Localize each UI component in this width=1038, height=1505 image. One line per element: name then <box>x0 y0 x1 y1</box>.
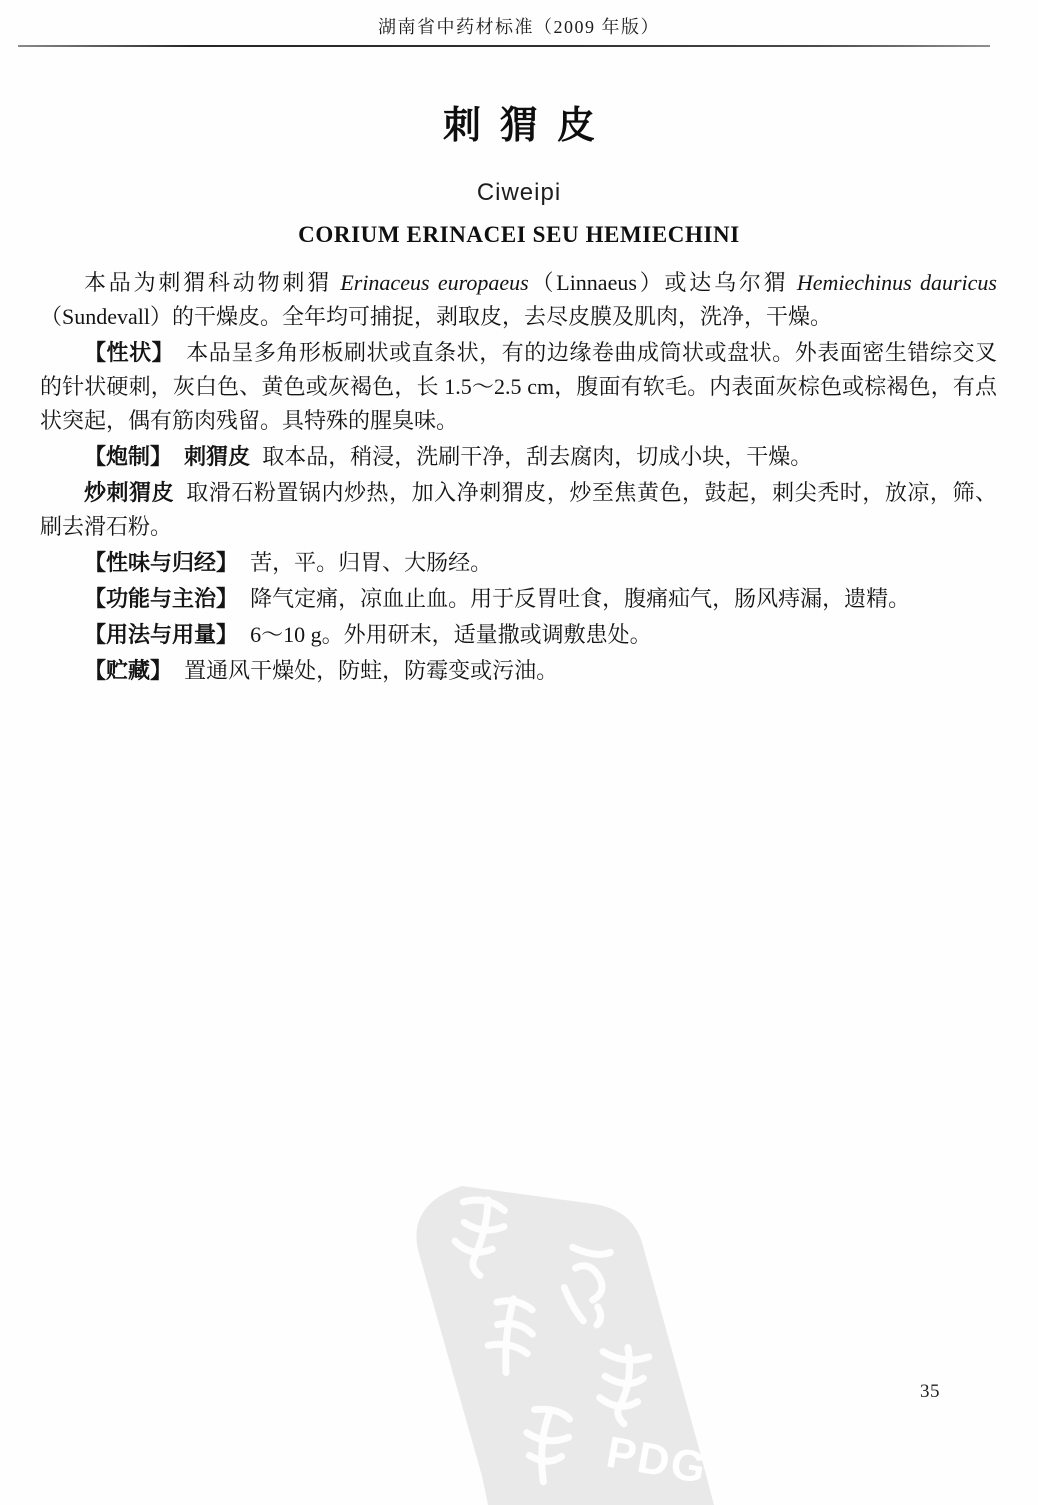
section-label: 【性状】 <box>84 340 174 365</box>
species-latin-name: Erinaceus europaeus <box>340 270 528 295</box>
seal-glyph <box>520 1407 573 1485</box>
section-text: 苦，平。归胃、大肠经。 <box>250 550 492 575</box>
document-page: 湖南省中药材标准（2009 年版） 刺猬皮 Ciweipi CORIUM ERI… <box>0 0 1038 1505</box>
section-label: 【贮藏】 <box>84 658 172 683</box>
section-paragraph-paozhi: 【炮制】刺猬皮取本品，稍浸，洗刷干净，刮去腐肉，切成小块，干燥。 <box>40 440 997 474</box>
running-header: 湖南省中药材标准（2009 年版） <box>0 13 1038 39</box>
section-paragraph-gongneng: 【功能与主治】降气定痛，凉血止血。用于反胃吐食，腹痛疝气，肠风痔漏，遗精。 <box>40 582 997 616</box>
page-number: 35 <box>920 1381 940 1403</box>
section-text: 取滑石粉置锅内炒热，加入净刺猬皮，炒至焦黄色，鼓起，刺尖秃时，放凉，筛、刷去滑石… <box>40 480 997 539</box>
latin-title: CORIUM ERINACEI SEU HEMIECHINI <box>0 222 1038 248</box>
section-label: 【性味与归经】 <box>84 550 238 575</box>
section-sublabel: 刺猬皮 <box>184 444 250 469</box>
pdg-label: PDG <box>603 1428 711 1494</box>
section-paragraph-xingwei: 【性味与归经】苦，平。归胃、大肠经。 <box>40 546 997 580</box>
section-paragraph-zhucang: 【贮藏】置通风干燥处，防蛀，防霉变或污油。 <box>40 654 997 688</box>
section-text: 置通风干燥处，防蛀，防霉变或污油。 <box>184 658 558 683</box>
section-paragraph-chaociweipi: 炒刺猬皮取滑石粉置锅内炒热，加入净刺猬皮，炒至焦黄色，鼓起，刺尖秃时，放凉，筛、… <box>40 476 997 544</box>
pdg-watermark: PDG <box>398 1170 743 1505</box>
intro-paragraph: 本品为刺猬科动物刺猬 Erinaceus europaeus（Linnaeus）… <box>40 266 997 334</box>
monograph-title: 刺猬皮 <box>0 94 1038 149</box>
intro-text: 本品为刺猬科动物刺猬 <box>84 270 340 295</box>
seal-glyph <box>592 1344 649 1426</box>
section-paragraph-xingzhuang: 【性状】本品呈多角形板刷状或直条状，有的边缘卷曲成筒状或盘状。外表面密生错综交叉… <box>40 336 997 438</box>
seal-glyph <box>450 1196 507 1278</box>
pinyin-title: Ciweipi <box>0 179 1038 207</box>
section-label: 【功能与主治】 <box>84 586 238 611</box>
section-text: 本品呈多角形板刷状或直条状，有的边缘卷曲成筒状或盘状。外表面密生错综交叉的针状硬… <box>40 340 997 433</box>
intro-text: （Linnaeus）或达乌尔猬 <box>529 270 797 295</box>
watermark-blob <box>416 1186 714 1505</box>
seal-glyph <box>559 1246 611 1325</box>
seal-glyph <box>484 1296 537 1376</box>
species-latin-name: Hemiechinus dauricus <box>797 270 997 295</box>
monograph-body: 本品为刺猬科动物刺猬 Erinaceus europaeus（Linnaeus）… <box>40 266 997 690</box>
section-text: 降气定痛，凉血止血。用于反胃吐食，腹痛疝气，肠风痔漏，遗精。 <box>250 586 910 611</box>
section-label: 【用法与用量】 <box>84 622 238 647</box>
section-label: 【炮制】 <box>84 444 172 469</box>
header-rule <box>18 45 990 47</box>
section-text: 取本品，稍浸，洗刷干净，刮去腐肉，切成小块，干燥。 <box>262 444 812 469</box>
section-text: 6～10 g。外用研末，适量撒或调敷患处。 <box>250 622 652 647</box>
section-sublabel: 炒刺猬皮 <box>84 480 174 505</box>
section-paragraph-yongfa: 【用法与用量】6～10 g。外用研末，适量撒或调敷患处。 <box>40 618 997 652</box>
intro-text: （Sundevall）的干燥皮。全年均可捕捉，剥取皮，去尽皮膜及肌肉，洗净，干燥… <box>40 304 832 329</box>
